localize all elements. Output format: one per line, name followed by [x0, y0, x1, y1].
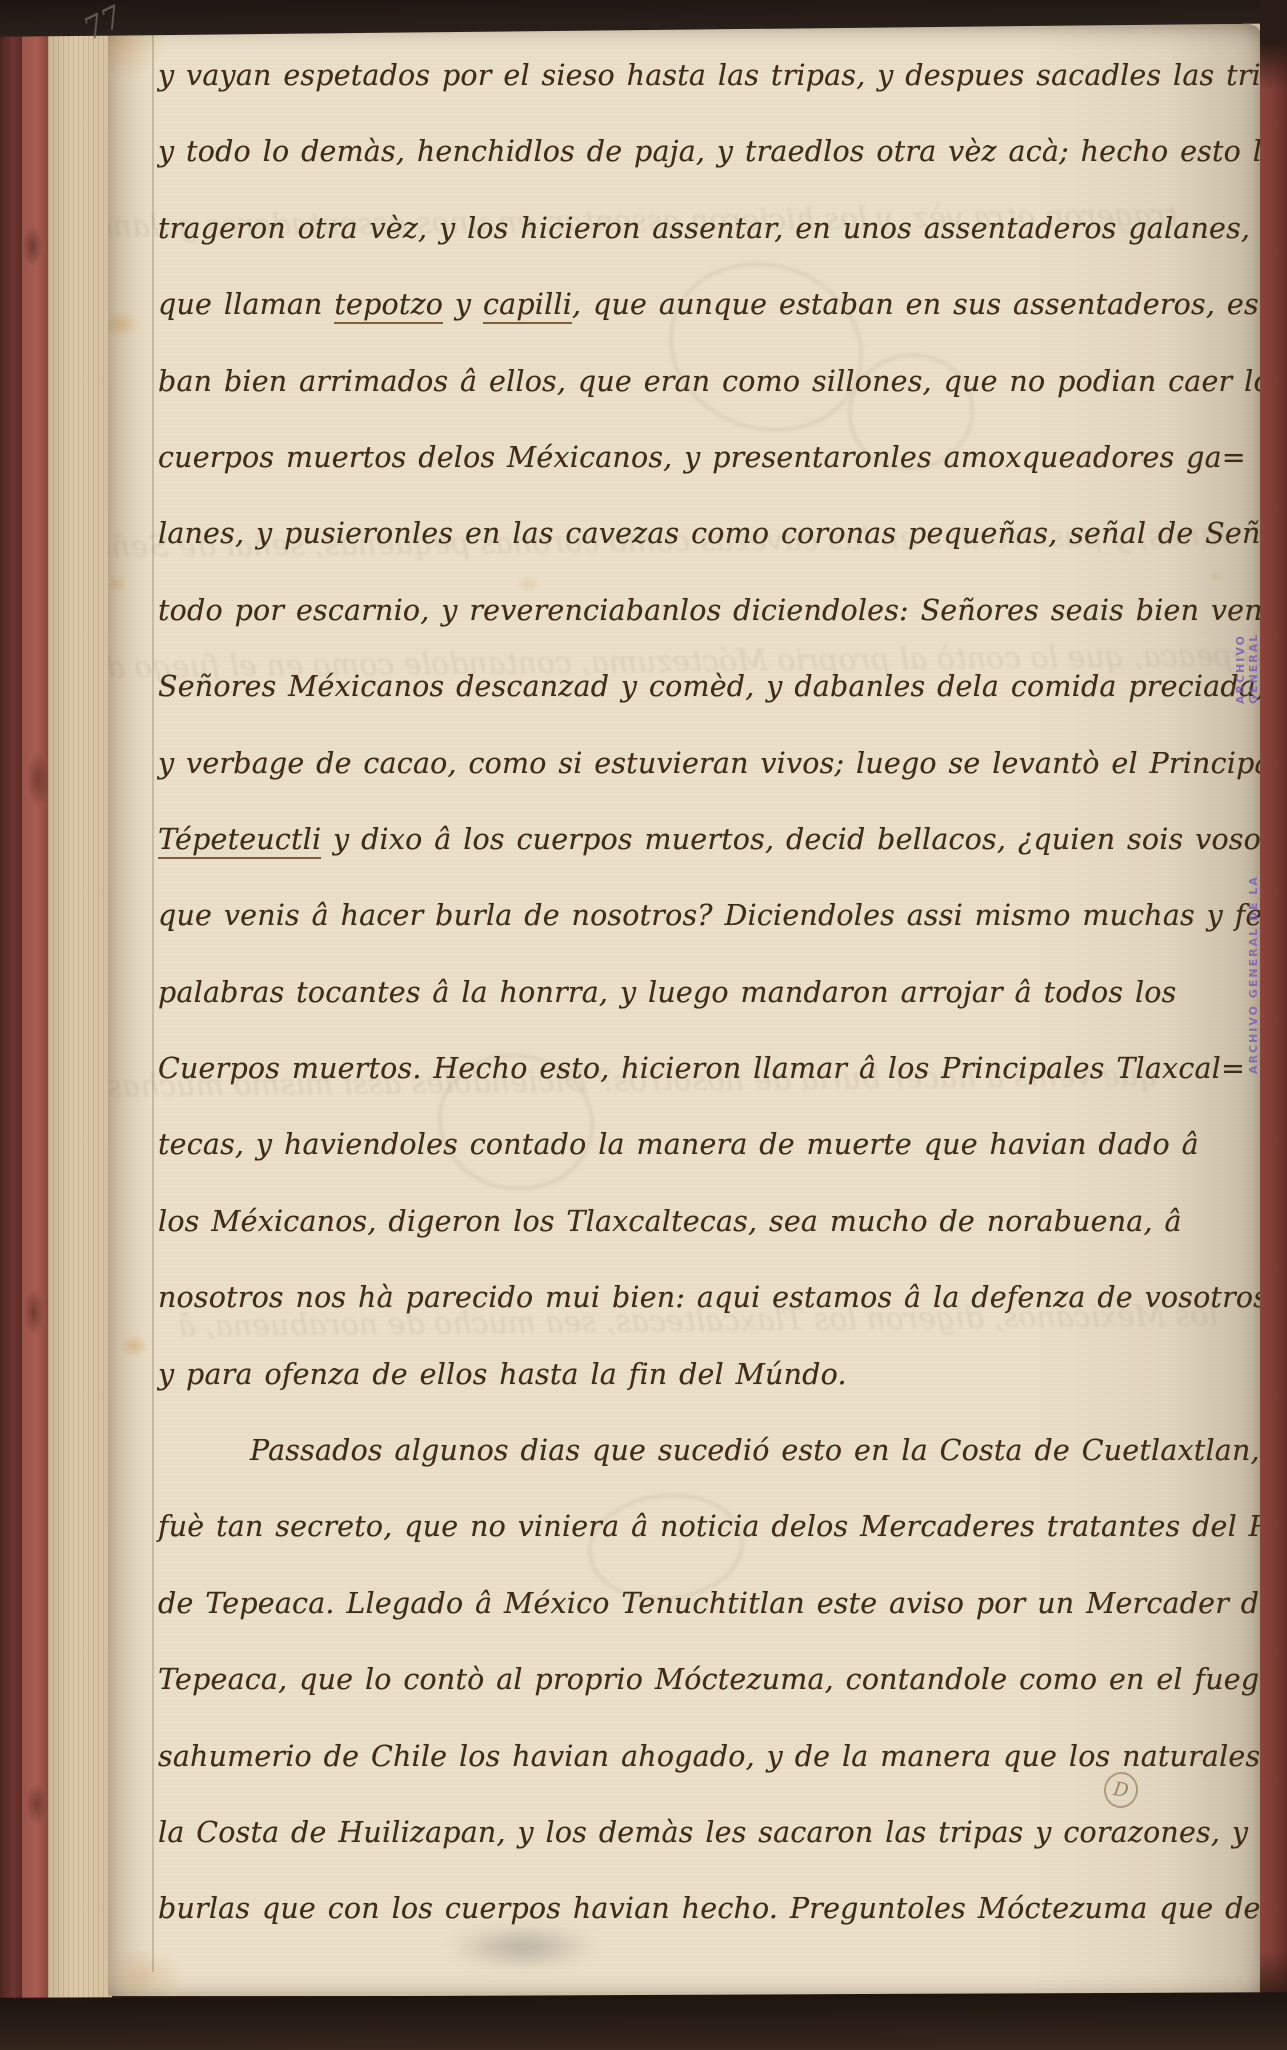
manuscript-line: Cuerpos muertos. Hecho esto, hicieron ll… — [158, 1031, 1262, 1107]
manuscript-line: la Costa de Huilizapan, y los demàs les … — [158, 1795, 1262, 1871]
manuscript-line: fuè tan secreto, que no viniera â notici… — [158, 1489, 1262, 1565]
manuscript-line: Passados algunos dias que sucedió esto e… — [158, 1413, 1262, 1489]
left-page-edge-stack — [48, 6, 112, 2046]
margin-rule-line — [152, 34, 154, 1972]
manuscript-page: trageron otra vèz, y los hicieron assent… — [108, 24, 1262, 1996]
text-block: y vayan espetados por el sieso hasta las… — [158, 38, 1262, 1948]
bottom-binding-edge — [0, 1992, 1287, 2050]
manuscript-line: burlas que con los cuerpos havian hecho.… — [158, 1871, 1262, 1947]
archive-stamp: ARCHIVO GENERAL DE LA — [1247, 844, 1260, 1074]
manuscript-line: sahumerio de Chile los havian ahogado, y… — [158, 1719, 1262, 1795]
book-photo: { "page": { "folio_number": "77", "color… — [0, 0, 1287, 2050]
manuscript-line: Tépeteuctli y dixo â los cuerpos muertos… — [158, 802, 1262, 878]
manuscript-line: que llaman tepotzo y capilli, que aunque… — [158, 267, 1262, 343]
archive-stamp-fragment: ARCHIVO GENERAL — [1234, 584, 1260, 704]
manuscript-line: todo por escarnio, y reverenciabanlos di… — [158, 573, 1262, 649]
manuscript-line: de Tepeaca. Llegado â México Tenuchtitla… — [158, 1566, 1262, 1642]
manuscript-line: y todo lo demàs, henchidlos de paja, y t… — [158, 114, 1262, 190]
manuscript-line: cuerpos muertos delos Méxicanos, y prese… — [158, 420, 1262, 496]
right-binding-edge — [1260, 0, 1287, 2050]
manuscript-line: lanes, y pusieronles en las cavezas como… — [158, 496, 1262, 572]
manuscript-line: nosotros nos hà parecido mui bien: aqui … — [158, 1260, 1262, 1336]
manuscript-line: trageron otra vèz, y los hicieron assent… — [158, 191, 1262, 267]
manuscript-line: que venis â hacer burla de nosotros? Dic… — [158, 878, 1262, 954]
manuscript-line: y para ofenza de ellos hasta la fin del … — [158, 1337, 1262, 1413]
manuscript-line: tecas, y haviendoles contado la manera d… — [158, 1107, 1262, 1183]
manuscript-line: Tepeaca, que lo contò al proprio Móctezu… — [158, 1642, 1262, 1718]
manuscript-line: palabras tocantes â la honrra, y luego m… — [158, 955, 1262, 1031]
manuscript-line: y vayan espetados por el sieso hasta las… — [158, 38, 1262, 114]
manuscript-line: los Méxicanos, digeron los Tlaxcaltecas,… — [158, 1184, 1262, 1260]
manuscript-line: y verbage de cacao, como si estuvieran v… — [158, 726, 1262, 802]
manuscript-line: Señores Méxicanos descanzad y comèd, y d… — [158, 649, 1262, 725]
book-spine — [0, 0, 22, 2050]
book-spine-marbled-edge — [22, 0, 48, 2050]
manuscript-line: ban bien arrimados â ellos, que eran com… — [158, 344, 1262, 420]
